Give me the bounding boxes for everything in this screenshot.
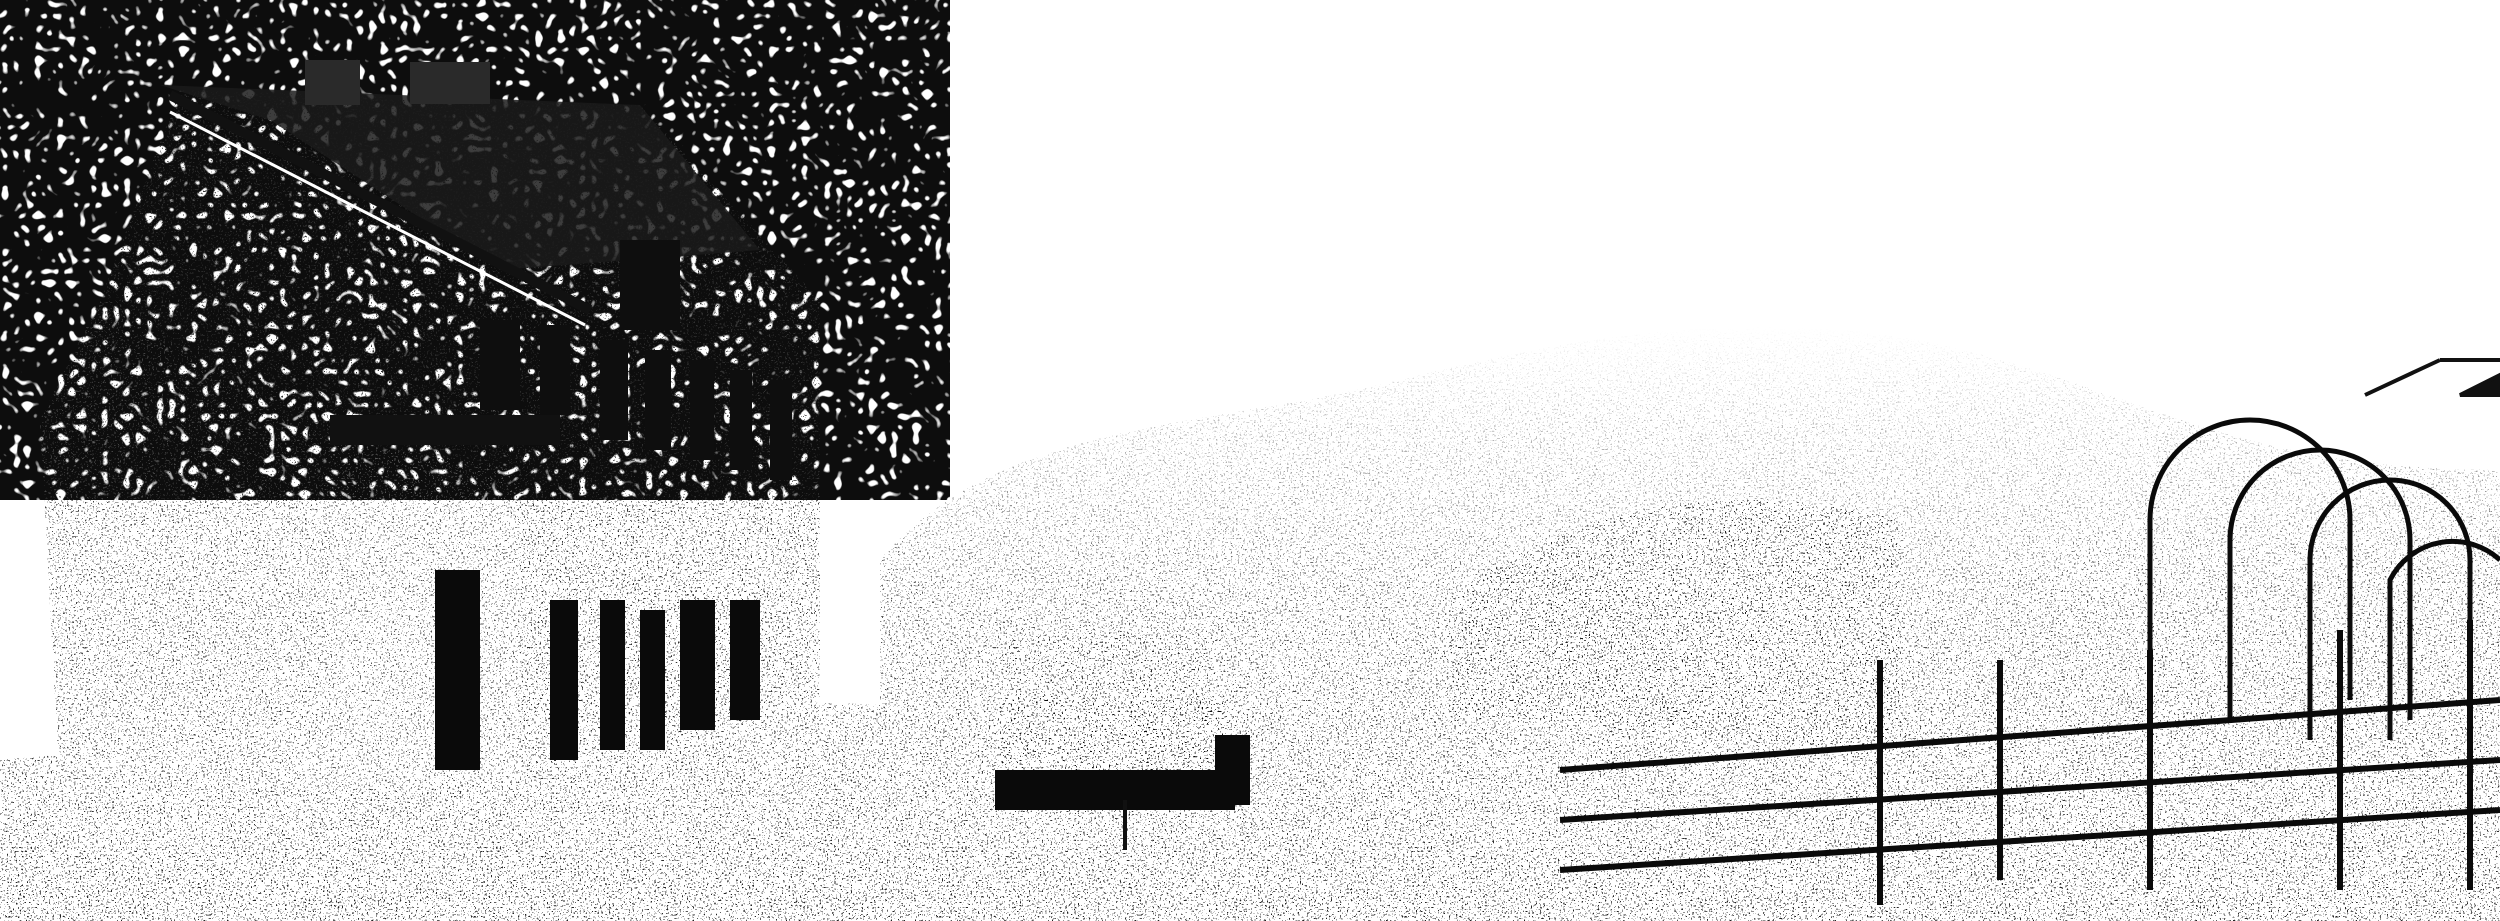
balcony: [330, 415, 560, 445]
street-scene: [0, 0, 2500, 921]
chimney: [410, 62, 490, 104]
chimney: [305, 60, 360, 105]
photograph: [0, 0, 2500, 921]
distant-roof: [2365, 360, 2500, 395]
